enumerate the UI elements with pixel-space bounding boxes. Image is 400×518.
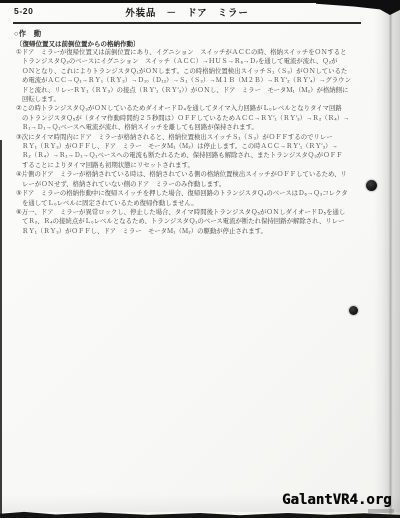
paragraph-line: トランジスタＱ₂のベースにイグニション スイッチ（ＡＣＣ）→ＨＵＳ→Ｒ₆→Ｄ₇を… bbox=[16, 57, 376, 66]
paragraph-line: ④片側のドア ミラーが格納されている時は、格納されている側の格納位置検出スイッチ… bbox=[16, 170, 376, 179]
manual-page: 5-20 外装品 － ドア ミラー ○作 動 〔復帰位置又は前倒位置からの格納作… bbox=[0, 0, 400, 518]
paragraph-line: ＲＹ₁（ＲＹ₃）がＯＦＦし、ドア ミラー モータＭ₁（Ｍ₂）は停止します。この時… bbox=[16, 142, 376, 151]
punch-hole-bottom bbox=[349, 306, 358, 315]
paragraph-line: め電流がＡＣＣ→Ｑ₁→ＲＹ₁（ＲＹ₃）→Ｄ₁₀（Ｄ₁₂）→Ｓ₁（Ｓ₃）→Ｍ１Ｂ（… bbox=[16, 76, 376, 85]
paragraph-line: レーがＯＮせず、格納されていない側のドア ミラーのみ作動します。 bbox=[16, 180, 376, 189]
paragraph-line: ①ドア ミラーが復帰位置又は前倒位置にあり、イグニション スイッチがＡＣＣの時、… bbox=[16, 48, 376, 57]
micro-watermark-smudge bbox=[368, 509, 394, 513]
paragraph-line: Ｒ₂（Ｒ₄）→Ｒ₁→Ｄ₁→Ｑ₁ベースへの電流も断たれるため、保持回路も解除され、… bbox=[16, 151, 376, 160]
paragraph-line: することによりタイマ回路も初期状態にリセットされます。 bbox=[16, 161, 376, 170]
paragraph-line: 回転します。 bbox=[16, 95, 376, 104]
paragraph-line: ＯＮとなり、これによりトランジスタＱ₁がＯＮします。この時格納位置検出スイッチＳ… bbox=[16, 67, 376, 76]
paragraph-line: ②この時トランジスタＱ₃がＯＮしているためダイオードＤ₄を通してタイマ入力回路が… bbox=[16, 104, 376, 113]
bottom-scan-edge bbox=[0, 511, 400, 518]
header-rule bbox=[13, 22, 361, 24]
section-heading: ○作 動 bbox=[14, 29, 42, 39]
paragraph-line: のトランジスタＱ₅が（タイマ作動時間約２５秒間は）ＯＦＦしているためＡＣＣ→ＲＹ… bbox=[16, 114, 376, 123]
paragraph-line: ⑤ドア ミラーの格納作動中に復帰スイッチを押した場合、復帰回路のトランジスタＱ₄… bbox=[16, 189, 376, 198]
page-edge-shading bbox=[374, 0, 400, 518]
page-title: 外装品 － ドア ミラー bbox=[0, 5, 374, 19]
paragraph-line: ドと流れ、リレーＲＹ₁（ＲＹ₃）の接点（ＲＹ′₁（ＲＹ′₃））がＯＮし、ドア ミ… bbox=[16, 86, 376, 95]
body-text: ①ドア ミラーが復帰位置又は前倒位置にあり、イグニション スイッチがＡＣＣの時、… bbox=[16, 48, 376, 236]
paragraph-line: ③次にタイマ時間内にドア ミラーが格納されると、格納位置検出スイッチＳ₁（Ｓ₃）… bbox=[16, 133, 376, 142]
paragraph-line: てＲ₂、Ｒ₄の接続点がＬ₀レベルとなるため、トランジスタＱ₁のベース電流が断たれ… bbox=[16, 217, 376, 226]
paragraph-line: ⑥万一、ドア ミラーが異常ロックし、停止した場合、タイマ時間後トランジスタＱ₅が… bbox=[16, 208, 376, 217]
left-scan-edge bbox=[0, 140, 2, 518]
paragraph-line: を通してＬ₀レベルに固定されているため復帰作動しません。 bbox=[16, 199, 376, 208]
site-watermark: GalantVR4.org bbox=[282, 492, 392, 508]
subsection-heading: 〔復帰位置又は前倒位置からの格納作動〕 bbox=[16, 39, 140, 48]
paragraph-line: ＲＹ₁（ＲＹ₃）がＯＦＦし、ドア ミラー モータＭ₁（Ｍ₂）の駆動が停止されます… bbox=[16, 227, 376, 236]
paragraph-line: Ｒ₁→Ｄ₁→Ｑ₁ベースへ電流が流れ、格納スイッチを離しても回路が保持されます。 bbox=[16, 123, 376, 132]
